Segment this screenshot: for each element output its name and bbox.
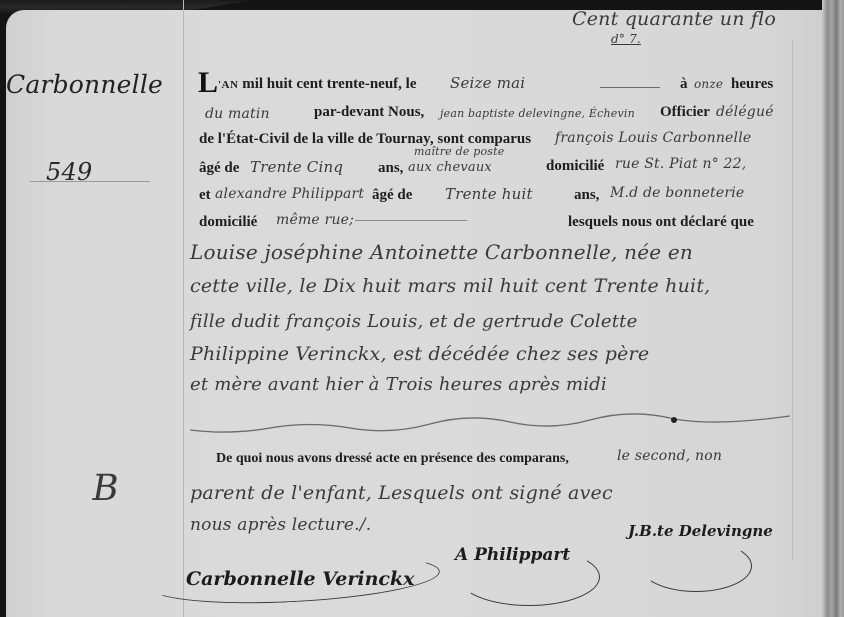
line4-hand-occupation-super: maître de poste — [414, 145, 504, 158]
handwritten-line-5: et mère avant hier à Trois heures après … — [190, 374, 607, 395]
closing-hand-line3: nous après lecture./. — [190, 515, 371, 535]
line4-hand-age: Trente Cinq — [250, 158, 343, 176]
folio-note-line1: Cent quarante un flo — [572, 8, 776, 30]
margin-rule — [183, 0, 184, 617]
margin-record-number: 549 — [46, 158, 92, 186]
book-binding-edge — [822, 0, 844, 617]
signature-carbonnelle: Carbonnelle Verinckx — [186, 568, 414, 590]
closing-hand-line2: parent de l'enfant, Lesquels ont signé a… — [190, 482, 613, 504]
line4-hand-address: rue St. Piat n° 22, — [615, 156, 746, 172]
line6-printed-a: domicilié — [199, 214, 257, 231]
handwritten-line-3: fille dudit françois Louis, et de gertru… — [190, 311, 637, 332]
line1-printed-c: heures — [731, 76, 773, 93]
line5-hand-witness: alexandre Philippart — [215, 186, 364, 202]
line5-printed-c: ans, — [574, 187, 599, 204]
line4-printed-b: ans, — [378, 160, 403, 177]
line5-hand-age: Trente huit — [445, 185, 533, 203]
signature-delevingne: J.B.te Delevingne — [628, 522, 773, 540]
line1-hand-date: Seize mai — [450, 74, 525, 92]
handwritten-line-2: cette ville, le Dix huit mars mil huit c… — [190, 275, 710, 297]
line1-hand-hour: onze — [694, 77, 723, 91]
closing-printed: De quoi nous avons dressé acte en présen… — [216, 451, 569, 467]
line4-hand-occupation-sub: aux chevaux — [408, 160, 492, 175]
dropcap-letter: L — [198, 66, 218, 100]
line1-printed-a: 'AN mil huit cent trente-neuf, le — [218, 76, 416, 93]
margin-surname: Carbonnelle — [6, 70, 163, 99]
right-margin-rule — [792, 40, 793, 560]
line4-printed-a: âgé de — [199, 160, 239, 177]
handwritten-line-4: Philippine Verinckx, est décédée chez se… — [190, 343, 649, 365]
line1-printed-b: à — [680, 76, 688, 93]
line6-printed-b: lesquels nous ont déclaré que — [568, 214, 754, 231]
line5-printed-b: âgé de — [372, 187, 412, 204]
handwritten-line-1: Louise joséphine Antoinette Carbonnelle,… — [190, 240, 693, 264]
line2-hand-delegate: délégué — [716, 104, 774, 120]
line1-dash — [600, 87, 660, 88]
line5-printed-a: et — [199, 187, 211, 204]
line6-hand-address: même rue; — [276, 212, 354, 228]
closing-wavy-line — [190, 410, 790, 440]
line2-hand-time: du matin — [205, 106, 270, 122]
line4-printed-c: domicilié — [546, 158, 604, 175]
signature-flourish-3 — [640, 540, 752, 592]
line2-printed-a: par-devant Nous, — [314, 104, 424, 121]
closing-hand-a: le second, non — [617, 448, 722, 464]
line6-dash — [355, 220, 467, 221]
line2-hand-officer-name: jean baptiste delevingne, Échevin — [440, 107, 635, 120]
folio-note-line2: d° 7. — [611, 32, 641, 46]
line5-hand-occupation: M.d de bonneterie — [610, 185, 744, 201]
line3-hand-declarant: françois Louis Carbonnelle — [555, 130, 751, 146]
line2-printed-b: Officier — [660, 104, 710, 121]
signature-philippart: A Philippart — [455, 545, 570, 565]
